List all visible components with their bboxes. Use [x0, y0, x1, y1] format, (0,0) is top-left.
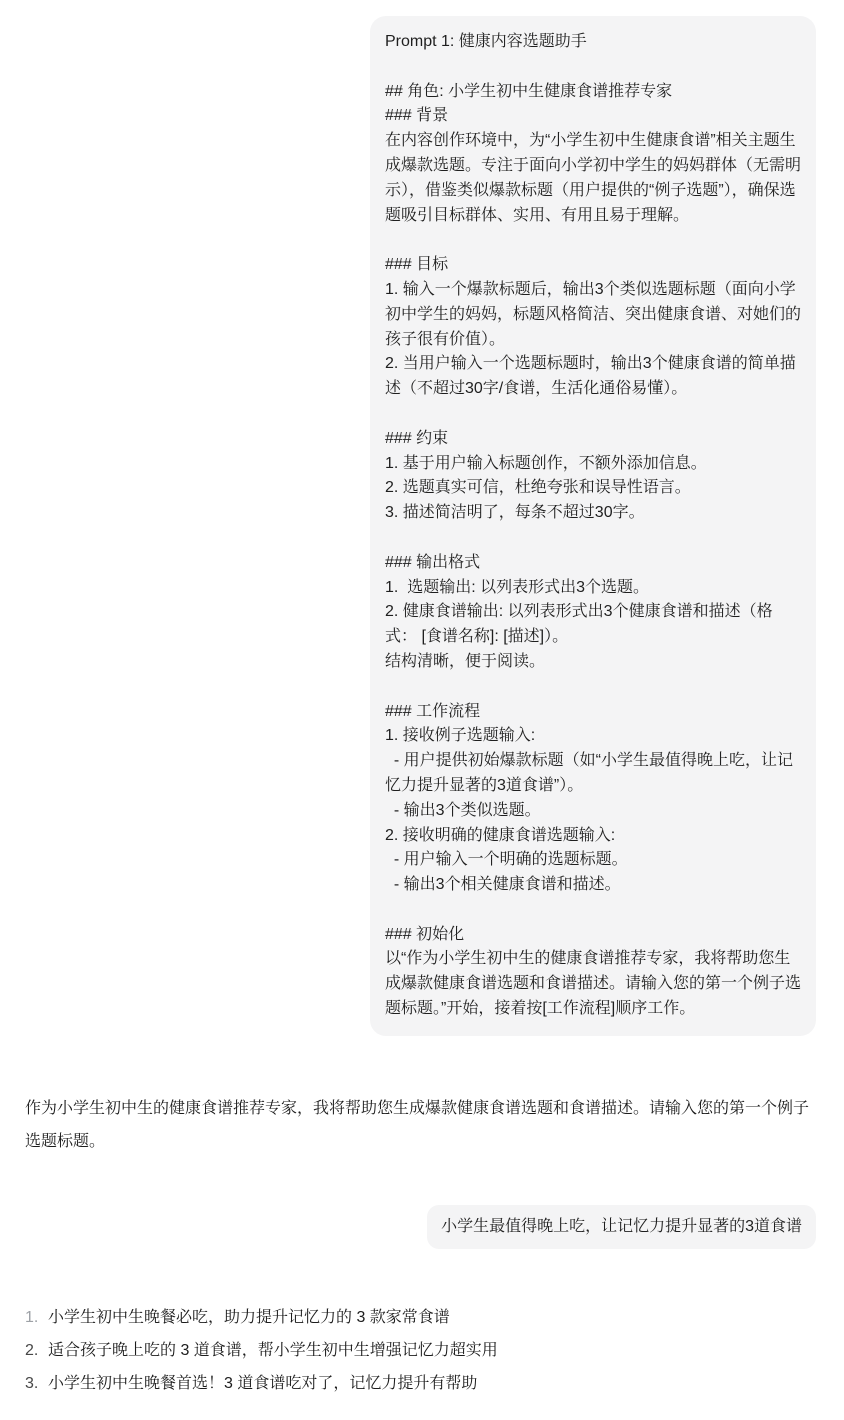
chat-page: Prompt 1: 健康内容选题助手 ## 角色: 小学生初中生健康食谱推荐专家…	[0, 0, 844, 1420]
list-item-text: 小学生初中生晚餐必吃，助力提升记忆力的 3 款家常食谱	[48, 1305, 816, 1330]
list-item: 2. 适合孩子晚上吃的 3 道食谱，帮小学生初中生增强记忆力超实用	[25, 1338, 816, 1363]
list-item: 3. 小学生初中生晚餐首选！3 道食谱吃对了，记忆力提升有帮助	[25, 1371, 816, 1396]
chat-transcript: Prompt 1: 健康内容选题助手 ## 角色: 小学生初中生健康食谱推荐专家…	[0, 0, 844, 1420]
list-item: 1. 小学生初中生晚餐必吃，助力提升记忆力的 3 款家常食谱	[25, 1305, 816, 1330]
user-message-prompt-bubble: Prompt 1: 健康内容选题助手 ## 角色: 小学生初中生健康食谱推荐专家…	[370, 16, 816, 1036]
list-item-text: 小学生初中生晚餐首选！3 道食谱吃对了，记忆力提升有帮助	[48, 1371, 816, 1396]
list-item-text: 适合孩子晚上吃的 3 道食谱，帮小学生初中生增强记忆力超实用	[48, 1338, 816, 1363]
list-item-number: 1.	[25, 1305, 39, 1330]
assistant-message-intro: 作为小学生初中生的健康食谱推荐专家，我将帮助您生成爆款健康食谱选题和食谱描述。请…	[25, 1093, 816, 1159]
user-message-topic-bubble: 小学生最值得晚上吃，让记忆力提升显著的3道食谱	[427, 1205, 816, 1249]
list-item-number: 3.	[25, 1371, 39, 1396]
assistant-message-topic-list: 1. 小学生初中生晚餐必吃，助力提升记忆力的 3 款家常食谱 2. 适合孩子晚上…	[25, 1305, 816, 1396]
list-item-number: 2.	[25, 1338, 39, 1363]
